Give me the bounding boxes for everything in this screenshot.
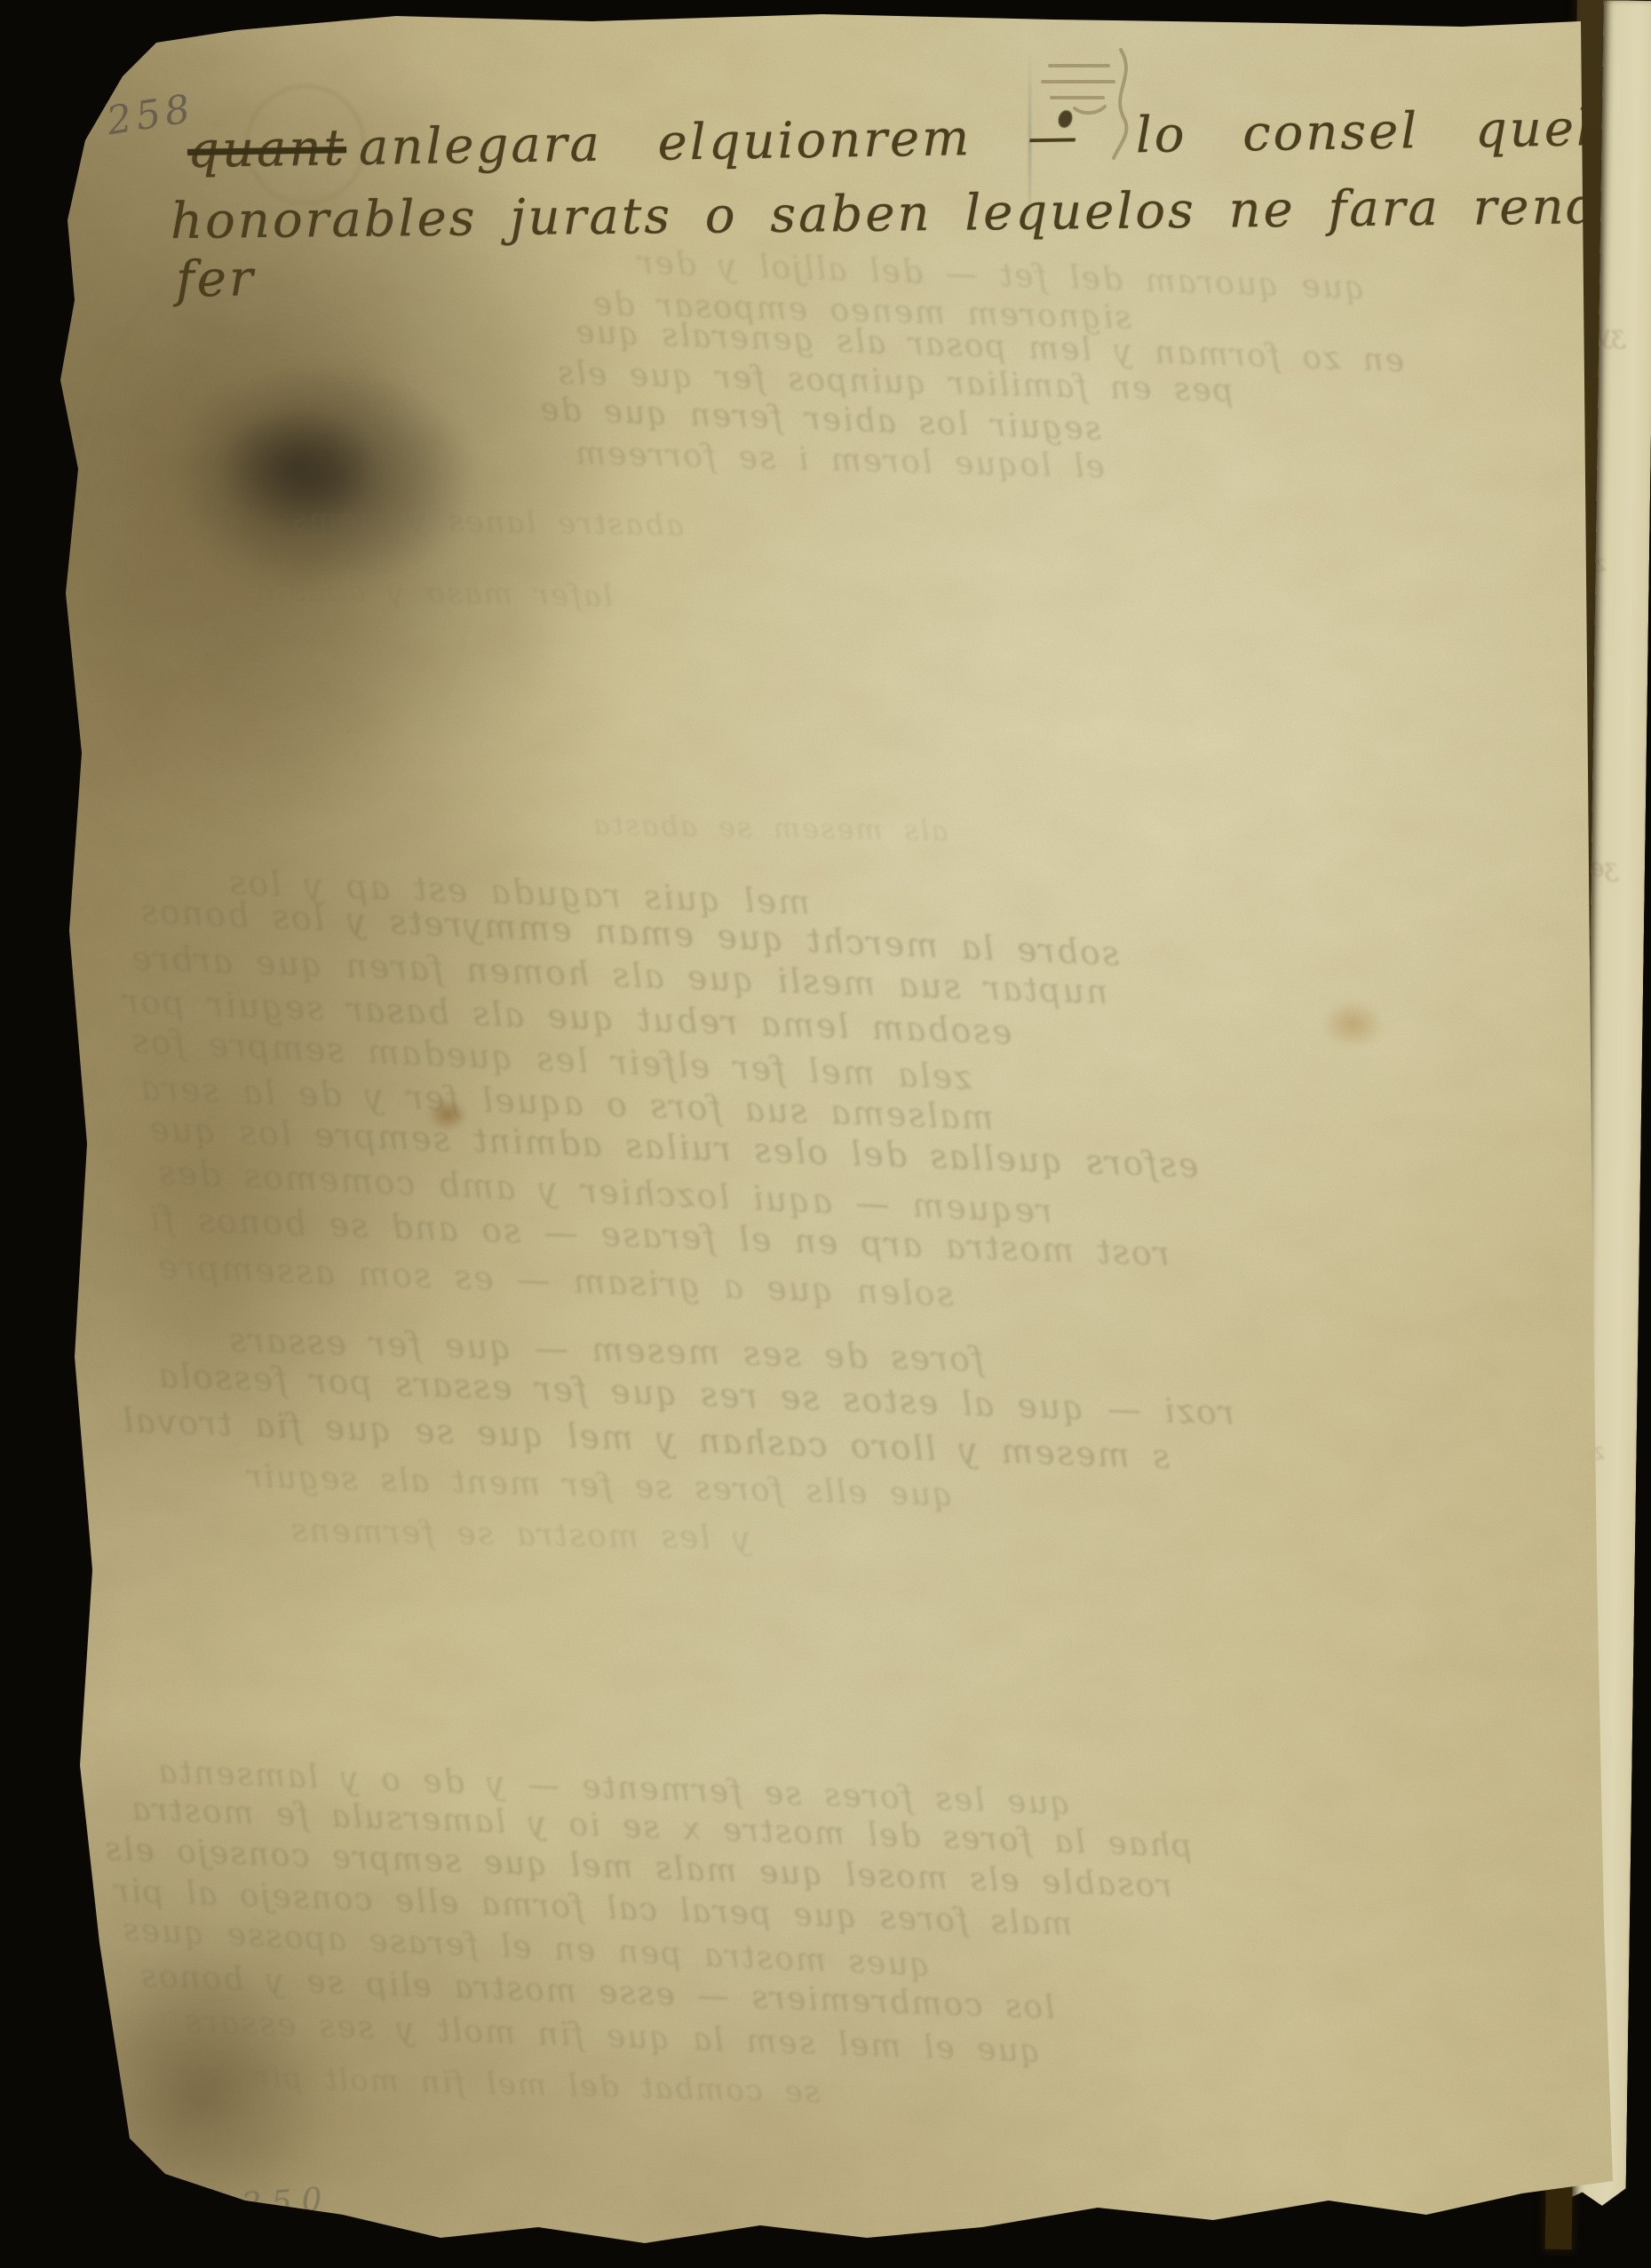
bleedthrough-line: phae la fores del mostre x se io y lamer…: [130, 1791, 1194, 1865]
ink-flourish-mark: [1025, 34, 1211, 167]
bleedthrough-line: rozi — que al estos se res que fer essar…: [156, 1356, 1235, 1432]
ink-line-1: quantanlegara elquionrem — lo consel que…: [187, 99, 1651, 179]
bleedthrough-line: als mesem se abasta: [591, 807, 949, 847]
bleedthrough-line: abastre lanes y mems: [290, 501, 685, 543]
paper-texture: [23, 7, 1622, 2261]
bleedthrough-line: el loque lorem i se forreem: [574, 435, 1106, 486]
paper-mottle: [23, 7, 1622, 2261]
bleedthrough-line: malsema sua fors o aquel fer y de la ser…: [139, 1068, 995, 1138]
bleedthrough-line: ques mostra pen en el ferase aposse ques: [121, 1912, 932, 1984]
bleedthrough-line: en zo forman y lem posar als generals qu…: [574, 314, 1405, 380]
facing-page-mark: ʒy: [1597, 320, 1625, 349]
bleedthrough-line: que les fores se fermente — y de o y lam…: [156, 1754, 1072, 1822]
book-scan: ʒyzʒezrʒ que quoram del fet — del alljol…: [0, 0, 1651, 2268]
bleedthrough-line: esfors quellas del oles ruilas admint se…: [147, 1109, 1200, 1185]
manuscript-page: que quoram del fet — del alljol y dersig…: [23, 7, 1622, 2261]
bleedthrough-line: rost mostra arp en el ferase — so and se…: [147, 1199, 1171, 1273]
bleedthrough-line: requem — aqui lozchier y amb comemos des: [156, 1153, 1054, 1231]
ink-line-2: honorables jurats o saben lequelos ne fa…: [171, 177, 1651, 250]
stain: [427, 1098, 468, 1131]
bleedthrough-line: mel quis raguda est ap y los: [226, 863, 811, 923]
folio-number-bottom: 250: [241, 2182, 333, 2224]
stain: [174, 362, 476, 593]
bleedthrough-line: se combat del mel fin molt pir: [254, 2060, 821, 2111]
facing-page-mark: ʒe: [1590, 852, 1619, 882]
ink-word-struck: quant: [187, 119, 347, 179]
stain: [85, 256, 458, 824]
stain: [1322, 1000, 1384, 1049]
bleedthrough-text-layer: que quoram del fet — del alljol y dersig…: [23, 7, 1622, 2261]
bleedthrough-line: y les mostra se fermens: [290, 1512, 751, 1557]
bleedthrough-line: lafer maso y abasta: [254, 572, 613, 614]
bleedthrough-line: pes en familiar quinpos fer que els: [556, 355, 1234, 409]
stain: [76, 1002, 361, 1463]
bleedthrough-line: zela mel fer elfeir les quedam sempre fo…: [129, 1021, 972, 1097]
bleedthrough-line: los combremiers — esse mostra elip se y …: [139, 1958, 1056, 2026]
bleedthrough-line: s mesem y lloro cashan y mel que se que …: [121, 1400, 1171, 1476]
stain: [218, 407, 378, 531]
bleedthrough-line: mals fores que peral cal forma elle cons…: [112, 1873, 1073, 1943]
bleedthrough-line: signorem meneo emposar de: [591, 286, 1132, 337]
bleedthrough-line: nuptar sua mesli que als homen faren que…: [130, 939, 1109, 1011]
bleedthrough-line: que ells fores se fer ment als seguir: [245, 1459, 954, 1514]
bleedthrough-line: seguir los abier feren que de: [537, 392, 1101, 448]
bleedthrough-line: que el mel sem la que fin molt y ses ess…: [183, 2003, 1042, 2070]
ink-line1-rest: anlegara elquionrem — lo consel quelos: [358, 99, 1651, 177]
bleedthrough-line: sobre la mercht que eman emmyrets y los …: [139, 892, 1121, 973]
folio-number-top: 258: [104, 86, 198, 145]
bleedthrough-line: rosable els mosel que mals mel que sempr…: [103, 1831, 1173, 1905]
bleedthrough-line: esobam lema rebut que als basar seguir p…: [121, 981, 1013, 1051]
bleedthrough-line: que quoram del fet — del alljol y der: [636, 245, 1366, 307]
bleedthrough-line: solen que a grisam — es som assempre: [156, 1247, 955, 1313]
ink-line-3: fer: [175, 250, 256, 309]
bleedthrough-line: fores de ses mesem — que fer essars: [227, 1320, 985, 1379]
